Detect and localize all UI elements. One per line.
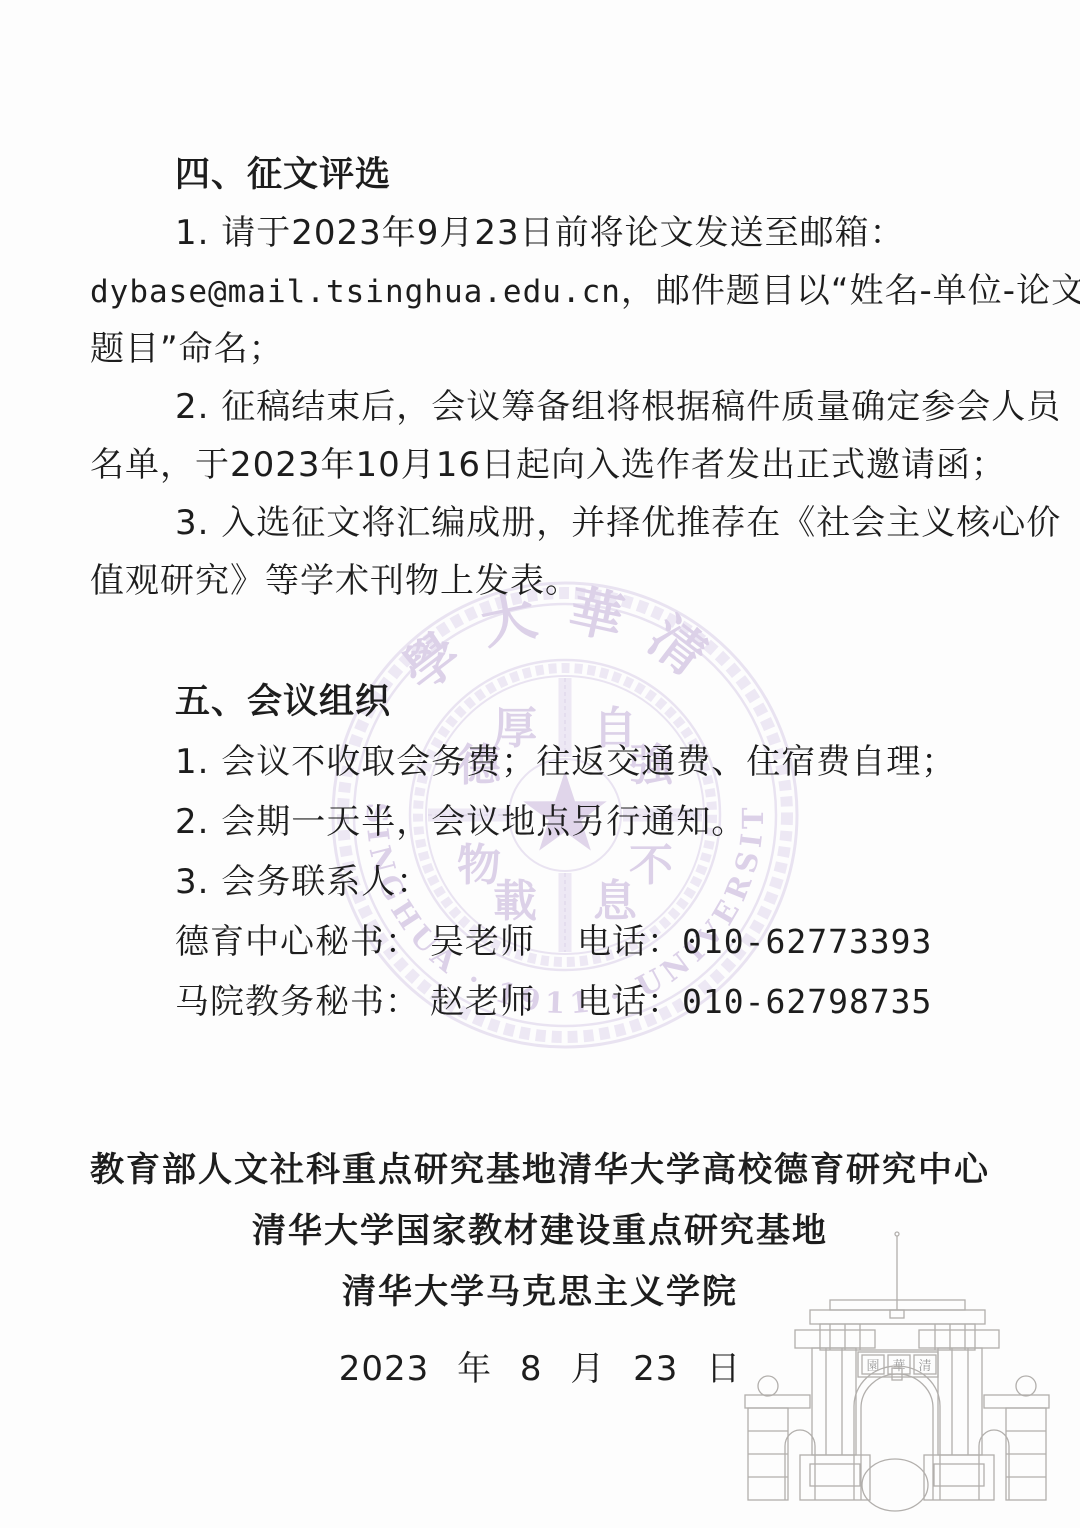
- gate-bottom-circle: [862, 1459, 928, 1511]
- body-line: 名单，于2023年10月16日起向入选作者发出正式邀请函；: [90, 436, 1010, 494]
- signature-line-2: 清华大学国家教材建设重点研究基地: [0, 1201, 1080, 1262]
- body-line-text: ，邮件题目以“姓名-单位-论文: [621, 271, 1080, 311]
- signature-line-3: 清华大学马克思主义学院: [0, 1262, 1080, 1323]
- body-line: 3. 入选征文将汇编成册，并择优推荐在《社会主义核心价: [90, 494, 1010, 552]
- signature-line-1: 教育部人文社科重点研究基地清华大学高校德育研究中心: [0, 1140, 1080, 1201]
- body-line: 题目”命名；: [90, 320, 1010, 378]
- document-page: 自 強 不 息 載 物 德 厚 學大華清 TSINGHUA · 1911 · U…: [0, 0, 1080, 1528]
- contact-name: 赵老师: [430, 982, 535, 1022]
- date-line: 2023 年 8 月 23 日: [0, 1340, 1080, 1398]
- contact-phone-label: 电话：: [577, 922, 682, 962]
- submission-email: dybase@mail.tsinghua.edu.cn: [90, 274, 621, 310]
- body-line: 3. 会务联系人：: [90, 852, 1010, 912]
- section5-heading: 五、会议组织: [90, 672, 1010, 732]
- body-line: 1. 请于2023年9月23日前将论文发送至邮箱：: [90, 204, 1010, 262]
- contact-role: 马院教务秘书：: [175, 982, 420, 1022]
- body-line: dybase@mail.tsinghua.edu.cn，邮件题目以“姓名-单位-…: [90, 262, 1010, 320]
- body-line: 值观研究》等学术刊物上发表。: [90, 552, 1010, 610]
- body-line: 2. 征稿结束后，会议筹备组将根据稿件质量确定参会人员: [90, 378, 1010, 436]
- section-organization: 五、会议组织 1. 会议不收取会务费；往返交通费、住宿费自理； 2. 会期一天半…: [90, 672, 1010, 1032]
- contact-phone: 010-62773393: [682, 922, 932, 961]
- contact-role: 德育中心秘书：: [175, 922, 420, 962]
- contact-phone-label: 电话：: [577, 982, 682, 1022]
- contact-name: 吴老师: [430, 922, 535, 962]
- body-line: 2. 会期一天半，会议地点另行通知。: [90, 792, 1010, 852]
- contact-line: 德育中心秘书：吴老师电话：010-62773393: [90, 912, 1010, 972]
- contact-phone: 010-62798735: [682, 982, 932, 1021]
- signature-block: 教育部人文社科重点研究基地清华大学高校德育研究中心 清华大学国家教材建设重点研究…: [0, 1140, 1080, 1323]
- section-call-for-papers: 四、征文评选 1. 请于2023年9月23日前将论文发送至邮箱： dybase@…: [90, 146, 1010, 610]
- contact-line: 马院教务秘书：赵老师电话：010-62798735: [90, 972, 1010, 1032]
- body-line: 1. 会议不收取会务费；往返交通费、住宿费自理；: [90, 732, 1010, 792]
- section4-heading: 四、征文评选: [90, 146, 1010, 204]
